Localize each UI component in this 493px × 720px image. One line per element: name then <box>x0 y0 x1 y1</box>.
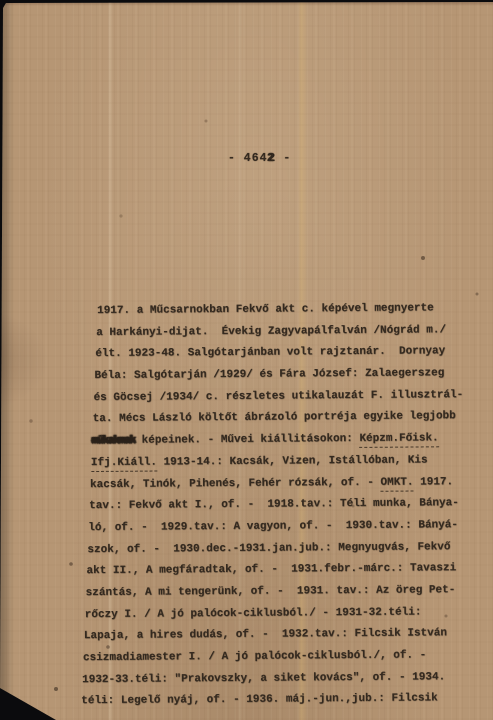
dash-underlined-text: OMKT. <box>380 476 413 491</box>
text-line: kacsák, Tinók, Pihenés, Fehér rózsák, of… <box>90 471 493 496</box>
text-line: ta. Mécs László költőt ábrázoló portréja… <box>93 406 493 431</box>
text-segment: tav.: Fekvő akt I., of. - 1918.tav.: Tél… <box>89 497 459 512</box>
text-segment: élt. 1923-48. Salgótarjánban volt rajzta… <box>95 346 445 361</box>
text-line: Béla: Salgótarján /1929/ és Fára József:… <box>94 363 493 388</box>
text-segment: rőczy I. / A jó palócok-ciklusból./ - 19… <box>85 606 422 621</box>
text-line: 1917. a Műcsarnokban Fekvő akt c. képéve… <box>97 298 493 323</box>
text-segment: a Harkányi-dijat. Évekig Zagyvapálfalván… <box>96 324 446 339</box>
text-line: és Göcsej /1934/ c. részletes utikalauzá… <box>93 385 493 410</box>
page-number-prefix: - 464 <box>228 152 268 165</box>
text-segment: szántás, A mi tengerünk, of. - 1931. tav… <box>86 584 456 599</box>
scanner-background: { "colors": { "paper": "#b69674", "ink":… <box>0 0 493 720</box>
text-line: Lapaja, a hires dudás, of. - 1932.tav.: … <box>84 623 493 648</box>
text-segment: 1917. <box>413 476 453 488</box>
page-number-suffix: - <box>275 152 291 165</box>
text-segment: csizmadiamester I. / A jó palócok-ciklus… <box>83 649 426 664</box>
text-line: tav.: Fekvő akt I., of. - 1918.tav.: Tél… <box>89 493 493 518</box>
text-line: a Harkányi-dijat. Évekig Zagyvapálfalván… <box>96 320 493 345</box>
text-segment: szok, of. - 1930.dec.-1931.jan.jub.: Meg… <box>87 541 450 556</box>
dash-underlined-text: Képzm.Főisk. <box>359 432 438 448</box>
text-segment: akt II., A megfáradtak, of. - 1931.febr.… <box>86 562 456 577</box>
text-segment: Béla: Salgótarján /1929/ és Fára József:… <box>94 367 444 382</box>
text-segment: téli: Legelő nyáj, of. - 1936. máj.-jun.… <box>81 693 438 708</box>
text-line: szántás, A mi tengerünk, of. - 1931. tav… <box>86 580 493 605</box>
text-segment: 1932-33.téli: "Prakovszky, a siket kovác… <box>82 671 445 686</box>
text-segment: 1913-14.: Kacsák, Vizen, Istállóban, Kis <box>157 454 428 468</box>
text-segment: és Göcsej /1934/ c. részletes utikalauzá… <box>94 389 464 404</box>
text-segment: ló, of. - 1929.tav.: A vagyon, of. - 193… <box>88 519 458 534</box>
document-page: - 4642 - 1917. a Műcsarnokban Fekvő akt … <box>0 0 493 720</box>
text-segment: Lapaja, a hires dudás, of. - 1932.tav.: … <box>84 628 447 643</box>
text-line: csizmadiamester I. / A jó palócok-ciklus… <box>83 645 493 670</box>
text-line: Ifj.Kiáll. 1913-14.: Kacsák, Vizen, Istá… <box>91 450 493 475</box>
text-segment: képeinek. - Művei kiállitásokon: <box>135 433 360 447</box>
text-line: műkakmak képeinek. - Művei kiállitásokon… <box>92 428 493 453</box>
text-line: szok, of. - 1930.dec.-1931.jan.jub.: Meg… <box>87 536 493 561</box>
text-line: rőczy I. / A jó palócok-ciklusból./ - 19… <box>85 601 493 626</box>
text-line: akt II., A megfáradtak, of. - 1931.febr.… <box>86 558 493 583</box>
text-segment: kacsák, Tinók, Pihenés, Fehér rózsák, of… <box>90 476 381 490</box>
struck-out-word: műkakmak <box>92 435 135 447</box>
text-segment: 1917. a Műcsarnokban Fekvő akt c. képéve… <box>97 302 434 317</box>
ink-specks <box>0 0 2 2</box>
page-number: - 4642 - <box>228 152 291 165</box>
text-segment: ta. Mécs László költőt ábrázoló portréja… <box>93 411 456 426</box>
text-line: 1932-33.téli: "Prakovszky, a siket kovác… <box>82 667 493 692</box>
text-line: ló, of. - 1929.tav.: A vagyon, of. - 193… <box>88 515 493 540</box>
typewritten-text-block: 1917. a Műcsarnokban Fekvő akt c. képéve… <box>0 298 493 714</box>
text-line: élt. 1923-48. Salgótarjánban volt rajzta… <box>95 341 493 366</box>
text-line: téli: Legelő nyáj, of. - 1936. máj.-jun.… <box>81 688 493 713</box>
dash-underlined-text: Ifj.Kiáll. <box>91 456 157 472</box>
